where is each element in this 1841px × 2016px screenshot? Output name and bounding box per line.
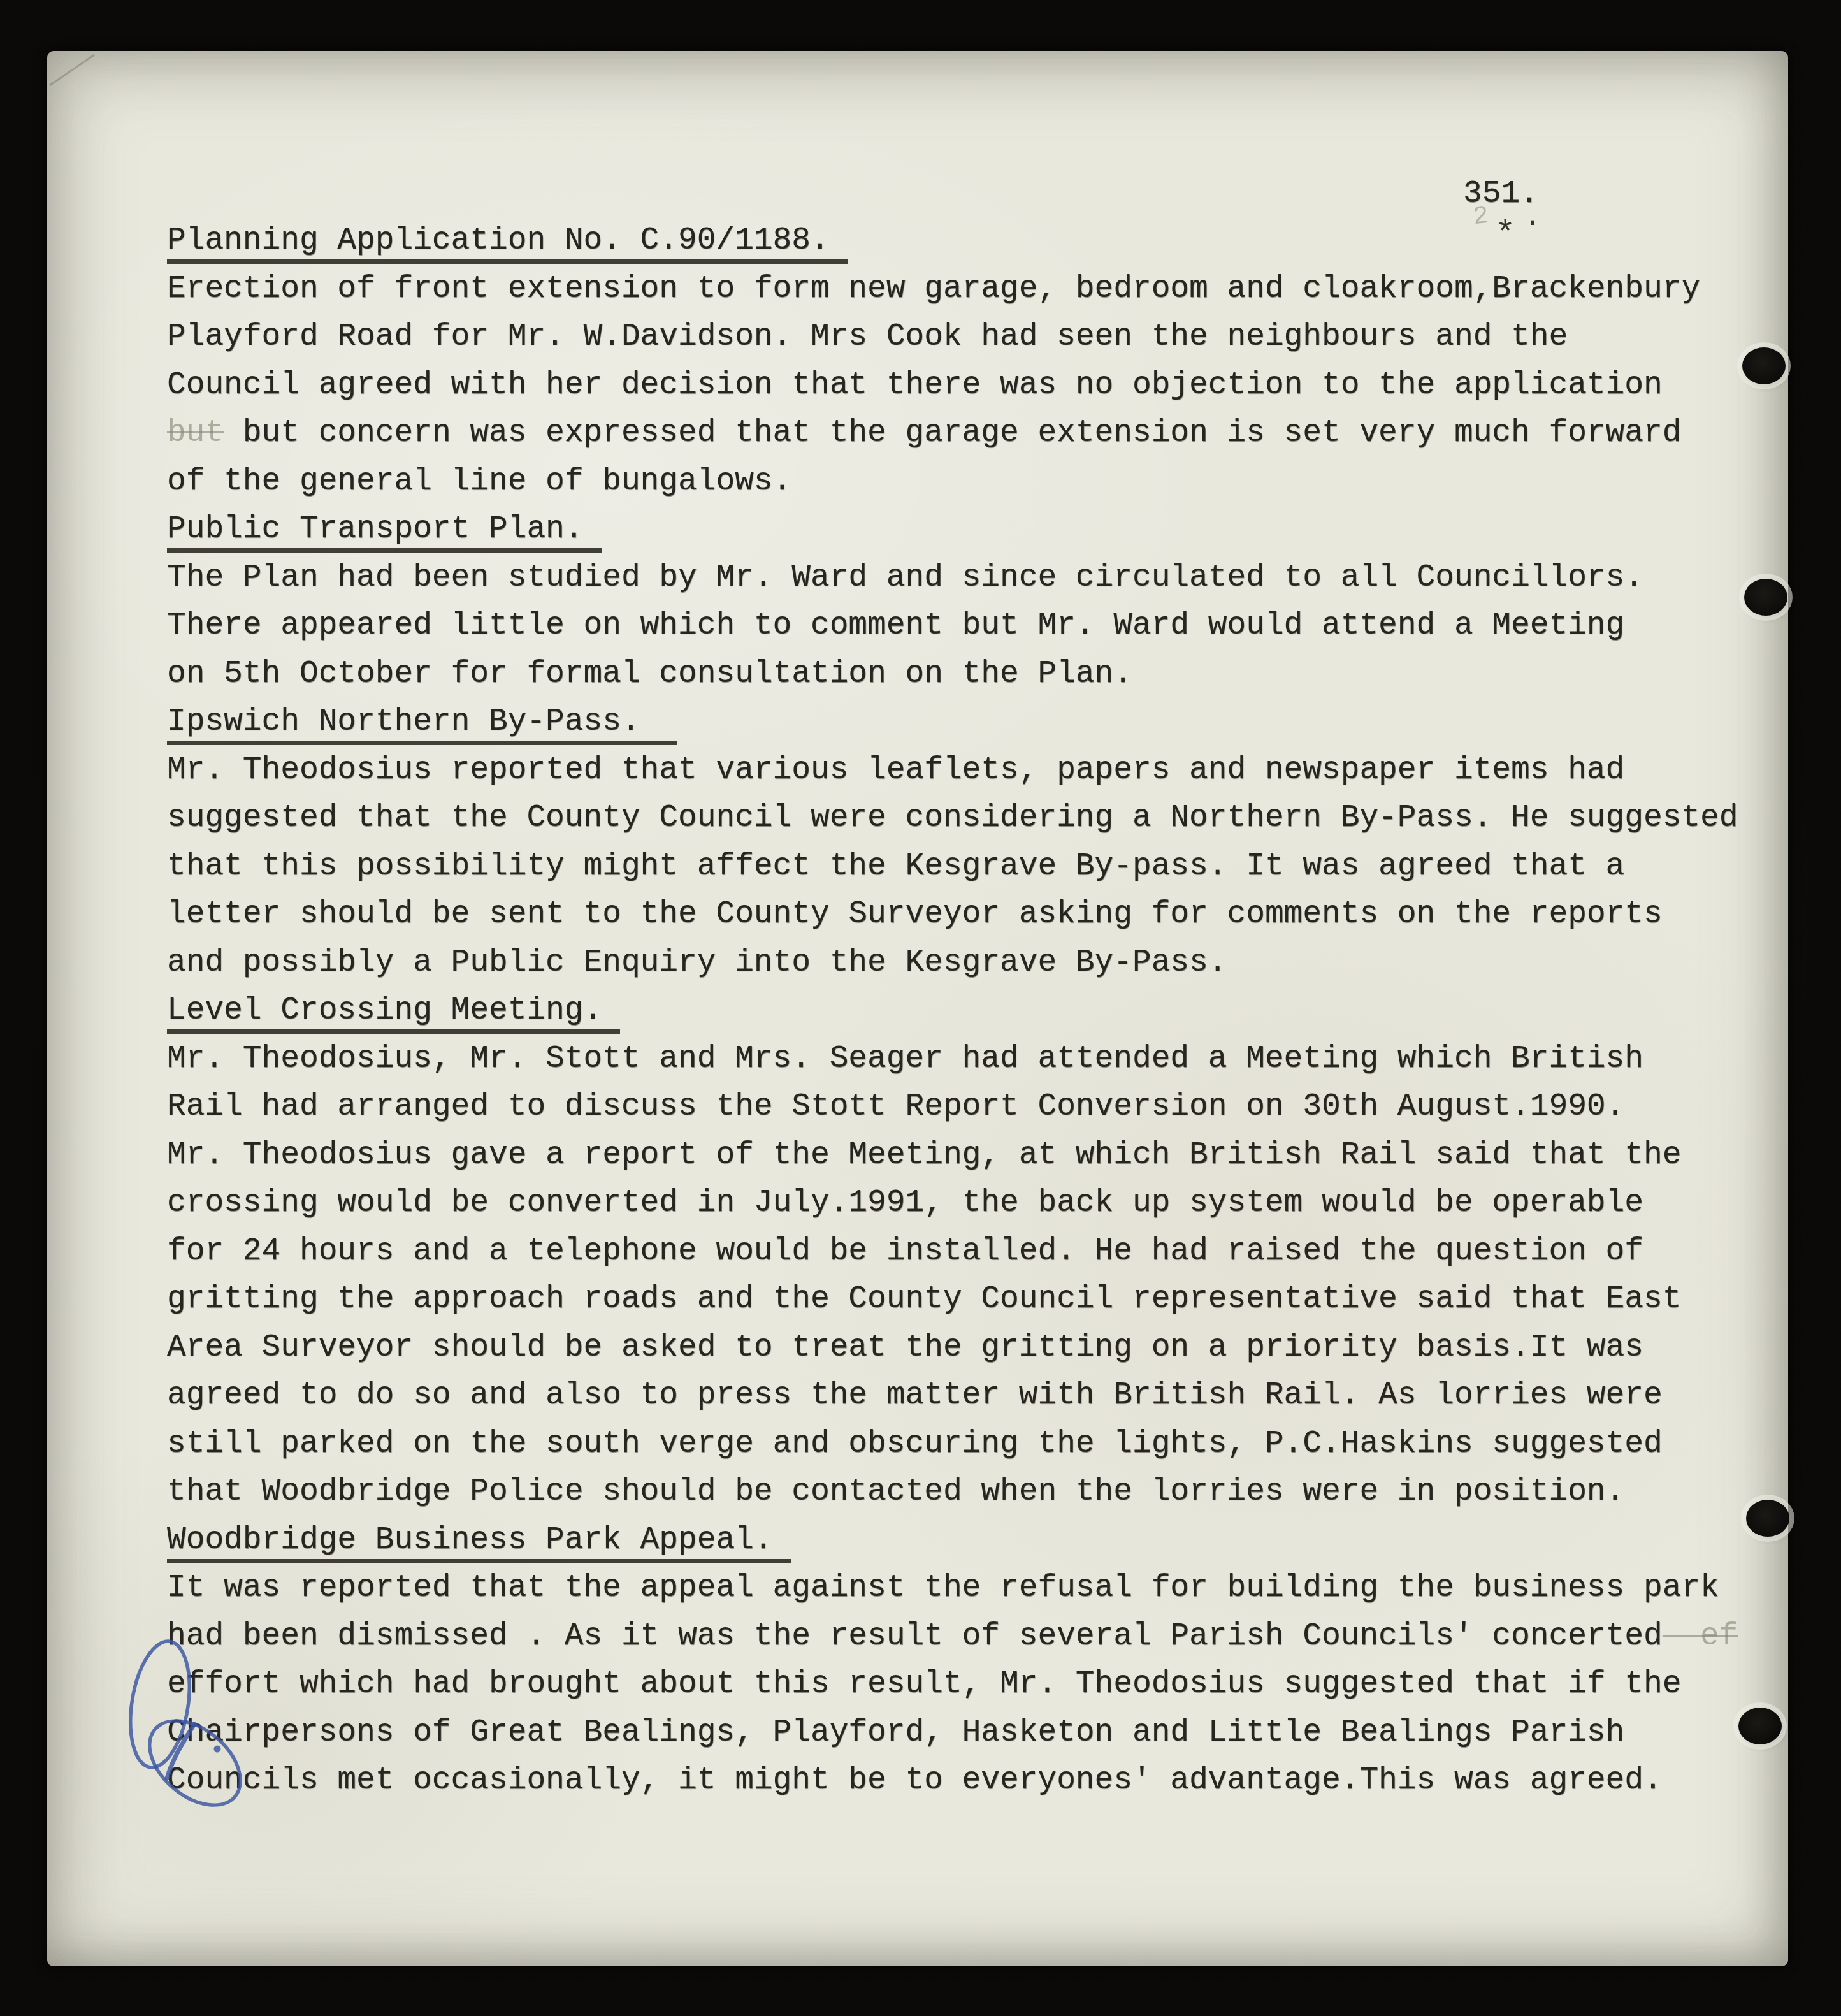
- line-text: and possibly a Public Enquiry into the K…: [167, 945, 1227, 980]
- document-line: Councils met occasionally, it might be t…: [167, 1763, 1663, 1797]
- document-line: that Woodbridge Police should be contact…: [167, 1474, 1624, 1509]
- document-line: letter should be sent to the County Surv…: [167, 897, 1663, 931]
- line-text: gritting the approach roads and the Coun…: [167, 1281, 1681, 1317]
- hole-punch-icon: [1738, 1708, 1782, 1744]
- section-heading: Woodbridge Business Park Appeal.: [167, 1523, 791, 1563]
- section-heading-text: Ipswich Northern By-Pass.: [167, 704, 677, 745]
- document-line: Erection of front extension to form new …: [167, 272, 1700, 306]
- line-text: on 5th October for formal consultation o…: [167, 656, 1132, 692]
- document-line: for 24 hours and a telephone would be in…: [167, 1234, 1643, 1268]
- line-text: Planning Application No. C.90/1188.: [167, 222, 830, 258]
- line-text: for 24 hours and a telephone would be in…: [167, 1233, 1643, 1269]
- document-line: Mr. Theodosius, Mr. Stott and Mrs. Seage…: [167, 1041, 1643, 1076]
- section-heading-text: Level Crossing Meeting.: [167, 993, 620, 1034]
- asterisk-mark: *: [1495, 215, 1515, 254]
- document-line: Mr. Theodosius reported that various lea…: [167, 753, 1624, 787]
- line-text: There appeared little on which to commen…: [167, 607, 1624, 643]
- line-text: Chairpersons of Great Bealings, Playford…: [167, 1715, 1624, 1750]
- line-text: Councils met occasionally, it might be t…: [167, 1762, 1663, 1798]
- line-text: The Plan had been studied by Mr. Ward an…: [167, 560, 1643, 595]
- hole-punch-icon: [1746, 1500, 1789, 1537]
- line-text: Playford Road for Mr. W.Davidson. Mrs Co…: [167, 319, 1568, 354]
- line-text: Ipswich Northern By-Pass.: [167, 704, 659, 739]
- document-line: Council agreed with her decision that th…: [167, 368, 1663, 402]
- hole-punch-icon: [1742, 347, 1786, 384]
- document-line: Chairpersons of Great Bealings, Playford…: [167, 1715, 1624, 1750]
- stamp-dot: .: [1523, 199, 1542, 235]
- faint-stamp-mark: 2: [1472, 202, 1491, 232]
- hole-punch-icon: [1744, 579, 1787, 616]
- line-text: that this possibility might affect the K…: [167, 848, 1624, 884]
- line-text: Rail had arranged to discuss the Stott R…: [167, 1089, 1624, 1124]
- document-line: agreed to do so and also to press the ma…: [167, 1378, 1663, 1412]
- section-heading: Ipswich Northern By-Pass.: [167, 704, 677, 745]
- section-heading-text: Woodbridge Business Park Appeal.: [167, 1523, 791, 1563]
- line-text: of the general line of bungalows.: [167, 463, 791, 499]
- line-text: but concern was expressed that the garag…: [224, 415, 1681, 451]
- line-text: still parked on the south verge and obsc…: [167, 1426, 1663, 1461]
- scanned-photo-background: 351. 2 * . Planning Application No. C.90…: [0, 0, 1841, 2016]
- document-line: on 5th October for formal consultation o…: [167, 656, 1132, 691]
- document-line: Playford Road for Mr. W.Davidson. Mrs Co…: [167, 319, 1568, 354]
- document-line: Area Surveyor should be asked to treat t…: [167, 1330, 1643, 1365]
- faded-correction-text: but: [167, 415, 224, 451]
- document-line: crossing would be converted in July.1991…: [167, 1186, 1643, 1220]
- line-text: Woodbridge Business Park Appeal.: [167, 1522, 773, 1558]
- line-text: crossing would be converted in July.1991…: [167, 1185, 1643, 1221]
- line-text: Public Transport Plan.: [167, 511, 584, 547]
- section-heading-text: Public Transport Plan.: [167, 512, 602, 553]
- document-line: Rail had arranged to discuss the Stott R…: [167, 1089, 1624, 1124]
- document-line: and possibly a Public Enquiry into the K…: [167, 945, 1227, 980]
- line-text: effort which had brought about this resu…: [167, 1666, 1681, 1702]
- document-line: gritting the approach roads and the Coun…: [167, 1282, 1681, 1316]
- line-text: Erection of front extension to form new …: [167, 271, 1700, 307]
- document-line: that this possibility might affect the K…: [167, 849, 1624, 883]
- document-line: effort which had brought about this resu…: [167, 1667, 1681, 1701]
- line-text: Mr. Theodosius gave a report of the Meet…: [167, 1137, 1681, 1173]
- document-line: suggested that the County Council were c…: [167, 801, 1738, 835]
- faded-correction-text: ef: [1663, 1618, 1738, 1654]
- section-heading: Planning Application No. C.90/1188.: [167, 223, 848, 264]
- line-text: suggested that the County Council were c…: [167, 800, 1738, 836]
- section-heading: Level Crossing Meeting.: [167, 993, 620, 1034]
- line-text: Level Crossing Meeting.: [167, 992, 602, 1028]
- document-page: 351. 2 * . Planning Application No. C.90…: [47, 51, 1788, 1966]
- line-text: that Woodbridge Police should be contact…: [167, 1474, 1624, 1509]
- document-line: There appeared little on which to commen…: [167, 608, 1624, 642]
- document-line: still parked on the south verge and obsc…: [167, 1426, 1663, 1461]
- line-text: Mr. Theodosius reported that various lea…: [167, 752, 1624, 788]
- document-line: but but concern was expressed that the g…: [167, 416, 1681, 450]
- line-text: Council agreed with her decision that th…: [167, 367, 1663, 403]
- line-text: had been dismissed . As it was the resul…: [167, 1618, 1663, 1654]
- line-text: Mr. Theodosius, Mr. Stott and Mrs. Seage…: [167, 1041, 1643, 1077]
- document-line: had been dismissed . As it was the resul…: [167, 1619, 1738, 1653]
- line-text: letter should be sent to the County Surv…: [167, 896, 1663, 932]
- section-heading-text: Planning Application No. C.90/1188.: [167, 223, 848, 264]
- document-line: The Plan had been studied by Mr. Ward an…: [167, 560, 1643, 595]
- document-line: of the general line of bungalows.: [167, 464, 791, 498]
- line-text: Area Surveyor should be asked to treat t…: [167, 1330, 1643, 1365]
- document-line: Mr. Theodosius gave a report of the Meet…: [167, 1138, 1681, 1172]
- document-line: It was reported that the appeal against …: [167, 1570, 1719, 1605]
- section-heading: Public Transport Plan.: [167, 512, 602, 553]
- line-text: agreed to do so and also to press the ma…: [167, 1377, 1663, 1413]
- line-text: It was reported that the appeal against …: [167, 1570, 1719, 1606]
